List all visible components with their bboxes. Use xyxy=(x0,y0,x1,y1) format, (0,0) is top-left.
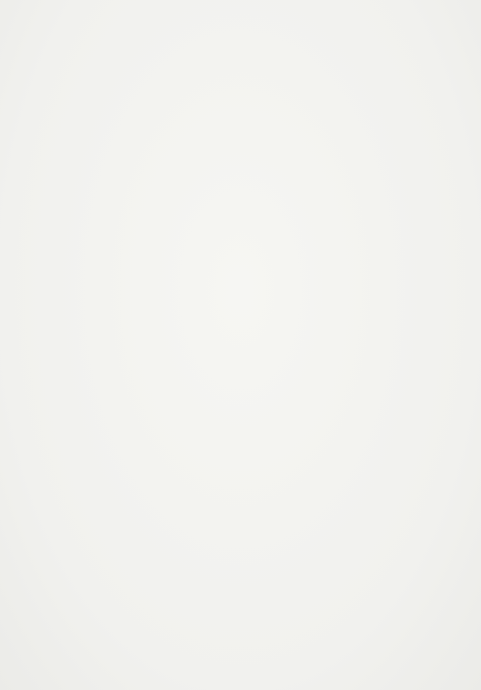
watermark xyxy=(463,658,467,676)
book-page xyxy=(0,0,481,690)
